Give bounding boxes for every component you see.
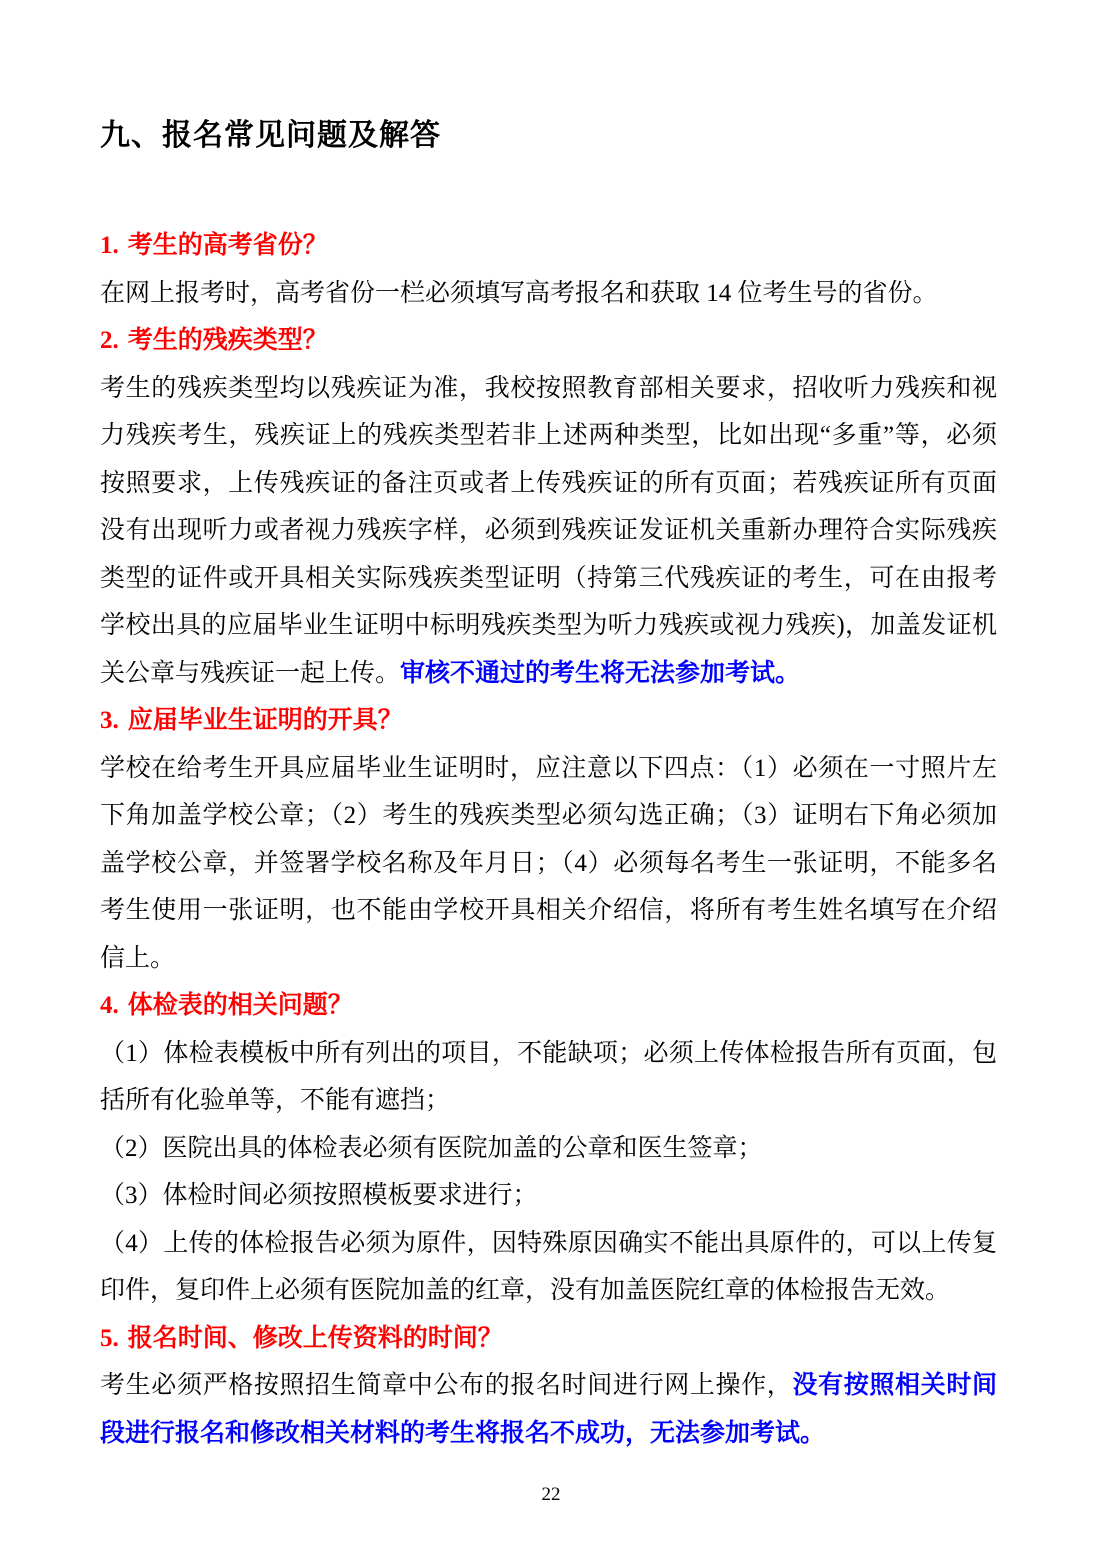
paragraph: （3）体检时间必须按照模板要求进行； <box>100 1172 997 1220</box>
question-heading: 2.考生的残疾类型？ <box>100 317 997 365</box>
question-number: 2. <box>100 327 119 354</box>
faq-item: 4.体检表的相关问题？（1）体检表模板中所有列出的项目，不能缺项；必须上传体检报… <box>100 982 997 1315</box>
text-run: （2）医院出具的体检表必须有医院加盖的公章和医生签章； <box>100 1135 763 1162</box>
paragraph: 在网上报考时，高考省份一栏必须填写高考报名和获取 14 位考生号的省份。 <box>100 270 997 318</box>
question-heading: 5.报名时间、修改上传资料的时间？ <box>100 1315 997 1363</box>
question-heading: 1.考生的高考省份？ <box>100 222 997 270</box>
question-number: 3. <box>100 707 119 734</box>
faq-list: 1.考生的高考省份？在网上报考时，高考省份一栏必须填写高考报名和获取 14 位考… <box>100 222 997 1457</box>
paragraph: 考生必须严格按照招生简章中公布的报名时间进行网上操作，没有按照相关时间段进行报名… <box>100 1362 997 1457</box>
text-run: 考生的残疾类型均以残疾证为准，我校按照教育部相关要求，招收听力残疾和视力残疾考生… <box>100 375 997 687</box>
text-run: 考生必须严格按照招生简章中公布的报名时间进行网上操作， <box>100 1372 792 1399</box>
paragraph: （1）体检表模板中所有列出的项目，不能缺项；必须上传体检报告所有页面，包括所有化… <box>100 1030 997 1125</box>
question-number: 4. <box>100 992 119 1019</box>
paragraph: 学校在给考生开具应届毕业生证明时，应注意以下四点：（1）必须在一寸照片左下角加盖… <box>100 745 997 983</box>
text-run: （4）上传的体检报告必须为原件，因特殊原因确实不能出具原件的，可以上传复印件，复… <box>100 1230 997 1305</box>
emphasis-run: 审核不通过的考生将无法参加考试。 <box>400 659 800 687</box>
question-number: 5. <box>100 1325 119 1352</box>
question-text: 考生的高考省份？ <box>128 231 328 259</box>
paragraph: （4）上传的体检报告必须为原件，因特殊原因确实不能出具原件的，可以上传复印件，复… <box>100 1220 997 1315</box>
text-run: 学校在给考生开具应届毕业生证明时，应注意以下四点：（1）必须在一寸照片左下角加盖… <box>100 755 997 972</box>
document-page: { "title": "九、报名常见问题及解答", "page": { "num… <box>0 0 1102 1559</box>
faq-item: 2.考生的残疾类型？考生的残疾类型均以残疾证为准，我校按照教育部相关要求，招收听… <box>100 317 997 697</box>
question-heading: 3.应届毕业生证明的开具？ <box>100 697 997 745</box>
question-text: 体检表的相关问题？ <box>128 991 353 1019</box>
document-body: 九、报名常见问题及解答 1.考生的高考省份？在网上报考时，高考省份一栏必须填写高… <box>100 0 997 1559</box>
faq-item: 1.考生的高考省份？在网上报考时，高考省份一栏必须填写高考报名和获取 14 位考… <box>100 222 997 317</box>
question-text: 报名时间、修改上传资料的时间？ <box>128 1324 503 1352</box>
question-heading: 4.体检表的相关问题？ <box>100 982 997 1030</box>
page-number: 22 <box>0 1484 1102 1506</box>
question-text: 应届毕业生证明的开具？ <box>128 706 403 734</box>
question-number: 1. <box>100 232 119 259</box>
page-title: 九、报名常见问题及解答 <box>100 112 997 160</box>
paragraph: 考生的残疾类型均以残疾证为准，我校按照教育部相关要求，招收听力残疾和视力残疾考生… <box>100 365 997 698</box>
question-text: 考生的残疾类型？ <box>128 326 328 354</box>
faq-item: 5.报名时间、修改上传资料的时间？考生必须严格按照招生简章中公布的报名时间进行网… <box>100 1315 997 1458</box>
paragraph: （2）医院出具的体检表必须有医院加盖的公章和医生签章； <box>100 1125 997 1173</box>
text-run: 在网上报考时，高考省份一栏必须填写高考报名和获取 14 位考生号的省份。 <box>100 280 938 307</box>
text-run: （1）体检表模板中所有列出的项目，不能缺项；必须上传体检报告所有页面，包括所有化… <box>100 1040 997 1115</box>
text-run: （3）体检时间必须按照模板要求进行； <box>100 1182 538 1209</box>
faq-item: 3.应届毕业生证明的开具？学校在给考生开具应届毕业生证明时，应注意以下四点：（1… <box>100 697 997 982</box>
